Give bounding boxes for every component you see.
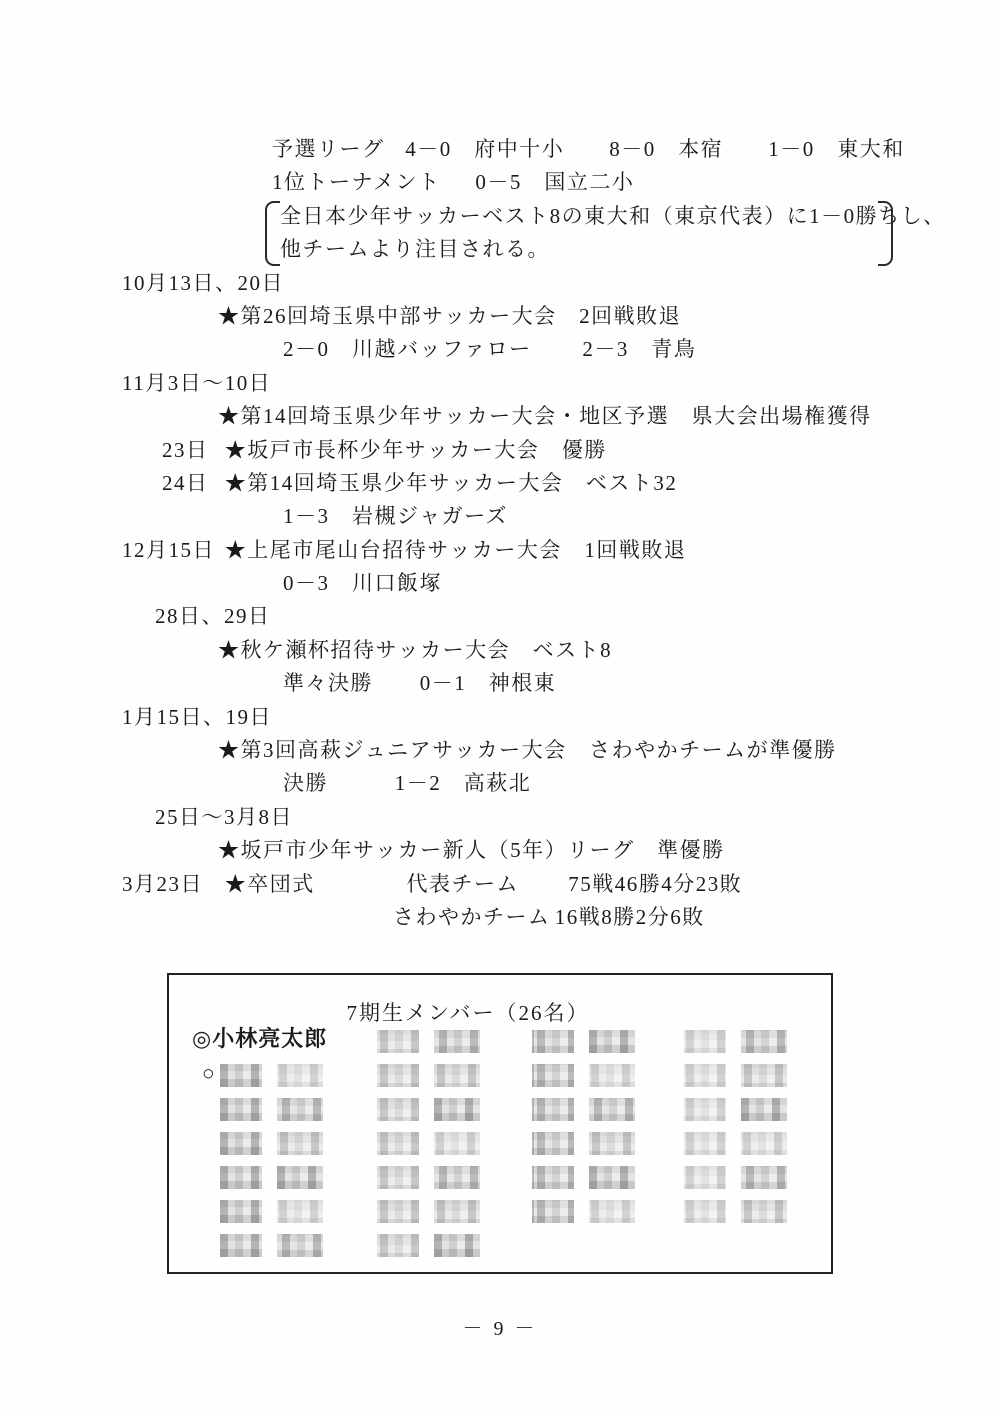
quarterfinal-line: 準々決勝 0－1 神根東 [283, 667, 1000, 700]
october-date-line: 10月13日、20日 [122, 267, 1000, 300]
member-cell [377, 1124, 480, 1158]
final-line: 決勝 1－2 高萩北 [283, 767, 1000, 800]
redacted-surname [532, 1064, 574, 1087]
team-b-name: さわやかチーム [393, 901, 548, 934]
redacted-surname [220, 1098, 262, 1121]
redacted-given-name [277, 1098, 323, 1121]
redacted-given-name [277, 1200, 323, 1223]
member-row [169, 1192, 831, 1226]
ageo-tournament-line: 12月15日 ★上尾市尾山台招待サッカー大会 1回戦敗退 [122, 534, 1000, 567]
redacted-given-name [741, 1098, 787, 1121]
quarterfinal-label: 準々決勝 [283, 671, 373, 695]
note-line-1: 全日本少年サッカーベスト8の東大和（東京代表）に1－0勝ちし、 [280, 200, 946, 233]
member-cell [684, 1090, 787, 1124]
member-cell [377, 1158, 480, 1192]
members-grid: ◎小林亮太郎○ [169, 1022, 831, 1260]
redacted-given-name [741, 1200, 787, 1223]
redacted-given-name [589, 1132, 635, 1155]
redacted-given-name [434, 1030, 480, 1053]
prelim-league-label: 予選リーグ [272, 137, 385, 161]
member-cell [220, 1124, 323, 1158]
captain-name: 小林亮太郎 [212, 1026, 327, 1051]
redacted-surname [377, 1132, 419, 1155]
redacted-surname [684, 1030, 726, 1053]
redacted-given-name [277, 1166, 323, 1189]
member-cell [532, 1022, 635, 1056]
member-cell [684, 1124, 787, 1158]
redacted-given-name [434, 1166, 480, 1189]
team-b-record-line: さわやかチーム 16戦8勝2分6敗 [393, 901, 1000, 934]
member-row [169, 1090, 831, 1124]
district-qualifier-line: ★第14回埼玉県少年サッカー大会・地区予選 県大会出場権獲得 [218, 400, 1000, 433]
redacted-surname [377, 1098, 419, 1121]
member-cell [220, 1226, 323, 1260]
redacted-given-name [589, 1064, 635, 1087]
redacted-surname [684, 1200, 726, 1223]
captain-mark: ◎ [192, 1026, 212, 1051]
member-cell [377, 1226, 480, 1260]
akigase-tournament-line: ★秋ケ瀬杯招待サッカー大会 ベスト8 [218, 634, 1000, 667]
member-row: ○ [169, 1056, 831, 1090]
member-cell [532, 1056, 635, 1090]
redacted-given-name [589, 1030, 635, 1053]
redacted-surname [377, 1200, 419, 1223]
member-cell [684, 1056, 787, 1090]
member-cell [377, 1192, 480, 1226]
member-cell [377, 1056, 480, 1090]
member-cell [220, 1192, 323, 1226]
member-cell [684, 1192, 787, 1226]
quarterfinal-score: 0－1 神根東 [420, 671, 557, 695]
member-row: ◎小林亮太郎 [169, 1022, 831, 1056]
mayor-cup-title: ★坂戸市長杯少年サッカー大会 優勝 [225, 438, 607, 462]
redacted-surname [684, 1064, 726, 1087]
redacted-surname [220, 1234, 262, 1257]
redacted-surname [684, 1132, 726, 1155]
prelim-league-line: 予選リーグ 4－0 府中十小 8－0 本宿 1－0 東大和 [272, 133, 1000, 166]
redacted-given-name [434, 1132, 480, 1155]
chubu-score-b: 2－3 青鳥 [582, 337, 696, 361]
left-bracket [265, 201, 280, 266]
member-cell: ○ [220, 1056, 323, 1090]
pref-tournament-line: 24日 ★第14回埼玉県少年サッカー大会 ベスト32 [162, 467, 1000, 500]
ageo-tournament-title: ★上尾市尾山台招待サッカー大会 1回戦敗退 [225, 538, 687, 562]
redacted-surname [532, 1132, 574, 1155]
december-date: 12月15日 [122, 534, 218, 567]
redacted-surname [377, 1166, 419, 1189]
season-results: 予選リーグ 4－0 府中十小 8－0 本宿 1－0 東大和 1位トーナメント 0… [0, 133, 1000, 934]
redacted-given-name [434, 1098, 480, 1121]
redacted-given-name [741, 1166, 787, 1189]
highlight-note: 全日本少年サッカーベスト8の東大和（東京代表）に1－0勝ちし、 他チームより注目… [265, 200, 893, 267]
redacted-given-name [589, 1098, 635, 1121]
redacted-surname [532, 1098, 574, 1121]
member-cell [532, 1158, 635, 1192]
final-label: 決勝 [283, 771, 328, 795]
member-cell [377, 1022, 480, 1056]
team-b-record: 16戦8勝2分6敗 [555, 905, 705, 929]
member-cell [684, 1158, 787, 1192]
redacted-given-name [589, 1166, 635, 1189]
chubu-tournament-line: ★第26回埼玉県中部サッカー大会 2回戦敗退 [218, 300, 1000, 333]
pref-tournament-title: ★第14回埼玉県少年サッカー大会 ベスト32 [225, 471, 678, 495]
member-cell [532, 1124, 635, 1158]
day-23: 23日 [162, 434, 218, 467]
redacted-given-name [589, 1200, 635, 1223]
redacted-surname [377, 1064, 419, 1087]
scanned-document-page: 予選リーグ 4－0 府中十小 8－0 本宿 1－0 東大和 1位トーナメント 0… [0, 0, 1000, 1413]
rookie-league-date-line: 25日～3月8日 [155, 801, 1000, 834]
member-row [169, 1124, 831, 1158]
pref-score-line: 1－3 岩槻ジャガーズ [283, 500, 1000, 533]
redacted-surname [220, 1132, 262, 1155]
prelim-league-results: 4－0 府中十小 8－0 本宿 1－0 東大和 [405, 137, 905, 161]
redacted-surname [377, 1030, 419, 1053]
january-date-line: 1月15日、19日 [122, 701, 1000, 734]
redacted-surname [220, 1166, 262, 1189]
redacted-given-name [741, 1064, 787, 1087]
first-place-tournament-results: 0－5 国立二小 [475, 170, 634, 194]
redacted-surname [377, 1234, 419, 1257]
member-row [169, 1226, 831, 1260]
redacted-given-name [434, 1064, 480, 1087]
redacted-surname [684, 1166, 726, 1189]
redacted-given-name [277, 1064, 323, 1087]
redacted-given-name [741, 1030, 787, 1053]
rookie-league-line: ★坂戸市少年サッカー新人（5年）リーグ 準優勝 [218, 834, 1000, 867]
chubu-score-a: 2－0 川越バッファロー [283, 337, 532, 361]
redacted-surname [532, 1166, 574, 1189]
first-place-tournament-label: 1位トーナメント [272, 170, 441, 194]
redacted-given-name [277, 1132, 323, 1155]
chubu-scores-line: 2－0 川越バッファロー 2－3 青鳥 [283, 333, 1000, 366]
member-cell [220, 1158, 323, 1192]
member-cell [377, 1090, 480, 1124]
graduation-event: ★卒団式 [225, 868, 400, 901]
day-24: 24日 [162, 467, 218, 500]
march-date: 3月23日 [122, 868, 218, 901]
redacted-given-name [741, 1132, 787, 1155]
team-a-record: 75戦46勝4分23敗 [568, 872, 742, 896]
november-date-line: 11月3日～10日 [122, 367, 1000, 400]
redacted-surname [220, 1064, 262, 1087]
graduation-line: 3月23日 ★卒団式 代表チーム 75戦46勝4分23敗 [122, 868, 1000, 901]
ageo-score-line: 0－3 川口飯塚 [283, 567, 1000, 600]
final-score: 1－2 高萩北 [395, 771, 532, 795]
redacted-given-name [277, 1234, 323, 1257]
vice-captain-mark: ○ [202, 1056, 216, 1090]
redacted-surname [532, 1030, 574, 1053]
member-cell: ◎小林亮太郎 [192, 1022, 327, 1056]
redacted-given-name [434, 1200, 480, 1223]
december-days-line: 28日、29日 [155, 600, 1000, 633]
note-line-2: 他チームより注目される。 [280, 233, 946, 266]
members-box: 7期生メンバー（26名） ◎小林亮太郎○ [167, 973, 833, 1274]
redacted-surname [532, 1200, 574, 1223]
member-cell [684, 1022, 787, 1056]
redacted-surname [684, 1098, 726, 1121]
team-a-name: 代表チーム [407, 868, 562, 901]
redacted-surname [220, 1200, 262, 1223]
redacted-given-name [434, 1234, 480, 1257]
member-cell [532, 1192, 635, 1226]
member-cell [220, 1090, 323, 1124]
page-number: － 9 － [0, 1312, 1000, 1341]
takahagi-tournament-line: ★第3回高萩ジュニアサッカー大会 さわやかチームが準優勝 [218, 734, 1000, 767]
highlight-note-text: 全日本少年サッカーベスト8の東大和（東京代表）に1－0勝ちし、 他チームより注目… [280, 200, 946, 267]
member-row [169, 1158, 831, 1192]
mayor-cup-line: 23日 ★坂戸市長杯少年サッカー大会 優勝 [162, 434, 1000, 467]
member-cell [532, 1090, 635, 1124]
right-bracket [878, 201, 893, 266]
first-place-tournament-line: 1位トーナメント 0－5 国立二小 [272, 166, 1000, 199]
